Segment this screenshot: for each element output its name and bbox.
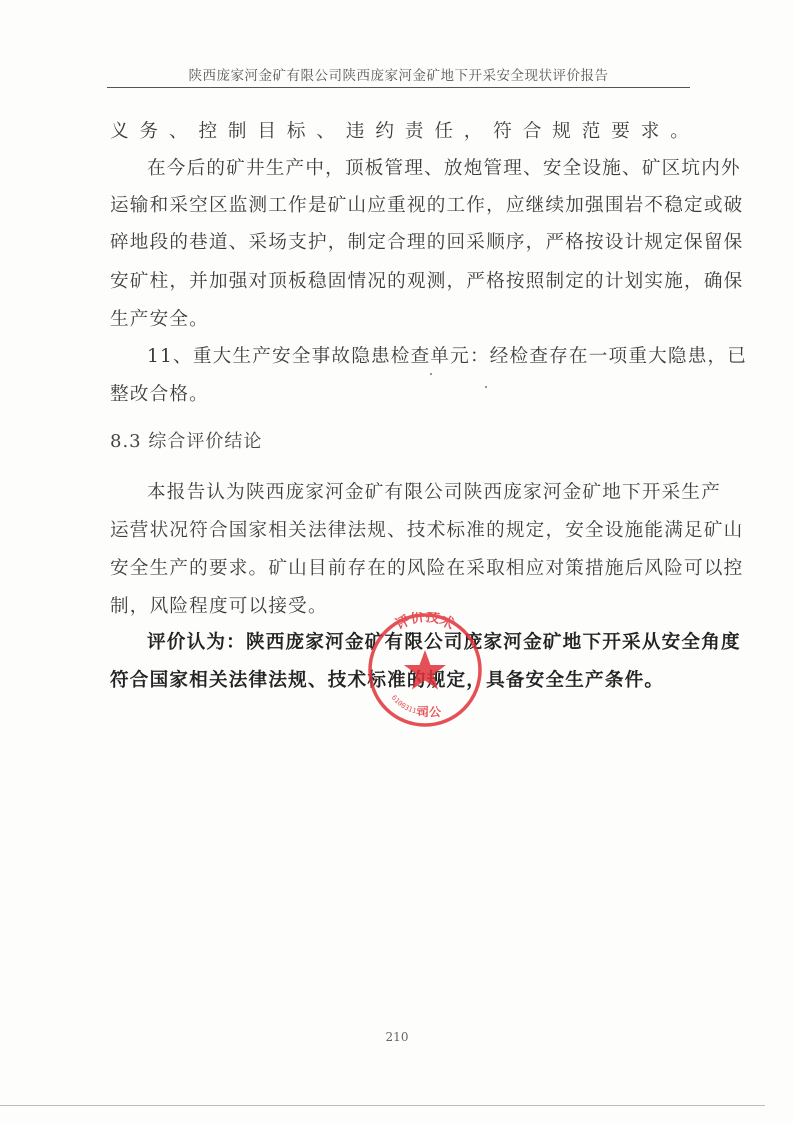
body-line: 安矿柱，并加强对顶板稳固情况的观测，严格按照制定的计划实施，确保 [110,270,690,294]
conclusion-line: 安全生产的要求。矿山目前存在的风险在采取相应对策措施后风险可以控 [110,557,690,581]
page-number: 210 [380,1030,414,1044]
scan-edge-line [0,1105,765,1106]
body-line: 碎地段的巷道、采场支护，制定合理的回采顺序，严格按设计规定保留保 [110,231,690,255]
conclusion-line: 本报告认为陕西庞家河金矿有限公司陕西庞家河金矿地下开采生产 [147,481,690,505]
evaluation-line: 评价认为：陕西庞家河金矿有限公司庞家河金矿地下开采从安全角度 [147,631,690,655]
conclusion-line: 制，风险程度可以接受。 [110,595,690,619]
scan-speck [430,373,432,375]
section-heading: 8.3 综合评价结论 [110,430,690,454]
running-header: 陕西庞家河金矿有限公司陕西庞家河金矿地下开采安全现状评价报告 [107,64,690,84]
body-line: 11、重大生产安全事故隐患检查单元：经检查存在一项重大隐患，已 [147,345,690,369]
evaluation-line: 符合国家相关法律法规、技术标准的规定，具备安全生产条件。 [110,669,690,693]
stamp-serial: 6100311592 [390,694,429,717]
stamp-bottom-text: 司公 [417,705,441,719]
scan-speck [485,386,487,388]
body-line: 在今后的矿井生产中，顶板管理、放炮管理、安全设施、矿区坑内外 [147,157,690,181]
svg-text:6100311592: 6100311592 [390,694,429,717]
header-divider [107,87,690,88]
body-line: 生产安全。 [110,308,690,332]
body-line: 整改合格。 [110,383,690,407]
body-line: 义务、控制目标、违约责任，符合规范要求。 [110,120,690,144]
conclusion-line: 运营状况符合国家相关法律法规、技术标准的规定，安全设施能满足矿山 [110,519,690,543]
body-line: 运输和采空区监测工作是矿山应重视的工作，应继续加强围岩不稳定或破 [110,194,690,218]
